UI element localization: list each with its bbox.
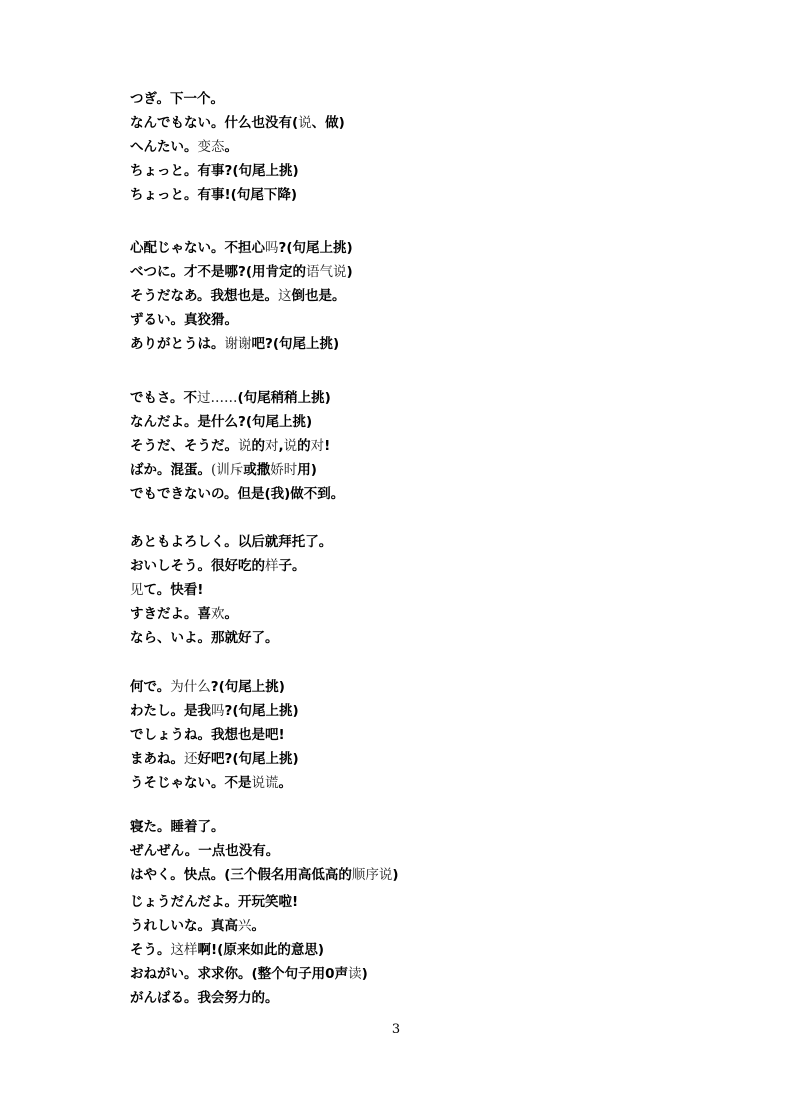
text-segment: でもさ。不 xyxy=(130,390,197,406)
text-segment: 。 xyxy=(225,606,239,622)
text-segment: ?(句尾上挑) xyxy=(211,679,285,695)
phrase-line: でもできないの。但是(我)做不到。 xyxy=(130,482,344,506)
text-segment: 谢谢 xyxy=(225,336,252,352)
phrase-line: そう。这样啊!(原来如此的意思) xyxy=(130,938,368,962)
phrase-line: おいしそう。很好吃的样子。 xyxy=(130,554,332,578)
text-segment: ずるい。真狡猾。 xyxy=(130,312,238,328)
text-segment: 的 xyxy=(252,438,266,454)
text-blocks: つぎ。下一个。なんでもない。什么也没有(说、做)へんたい。变态。ちょっと。有事?… xyxy=(0,0,792,1120)
text-segment: 对 xyxy=(265,438,279,454)
text-segment: 。 xyxy=(225,139,239,155)
text-segment: 见 xyxy=(130,582,144,598)
phrase-line: あともよろしく。以后就拜托了。 xyxy=(130,530,332,554)
phrase-line: 见て。快看! xyxy=(130,578,332,602)
text-segment: 说 xyxy=(298,115,312,131)
phrase-line: じょうだんだよ。开玩笑啦! xyxy=(130,890,368,914)
phrase-line: ちょっと。有事?(句尾上挑) xyxy=(130,159,345,183)
text-segment: 。 xyxy=(279,775,293,791)
text-segment: ?(句尾上挑) xyxy=(279,240,353,256)
text-segment: 还 xyxy=(184,751,198,767)
text-segment: 欢 xyxy=(211,606,225,622)
phrase-line: 心配じゃない。不担心吗?(句尾上挑) xyxy=(130,236,353,260)
text-segment: あともよろしく。以后就拜托了。 xyxy=(130,534,332,550)
text-segment: すきだよ。喜 xyxy=(130,606,211,622)
text-segment: 啊!(原来如此的意思) xyxy=(198,942,325,958)
text-segment: 过…… xyxy=(197,390,238,406)
text-segment: ?(句尾上挑) xyxy=(225,703,299,719)
text-segment: まあね。 xyxy=(130,751,184,767)
paragraph-block: 寝た。睡着了。ぜんぜん。一点也没有。はやく。快点。(三个假名用高低高的顺序说) xyxy=(130,815,399,887)
phrase-line: ちょっと。有事!(句尾下降) xyxy=(130,183,345,207)
text-segment: うそじゃない。不是 xyxy=(130,775,252,791)
text-segment: ありがとうは。 xyxy=(130,336,225,352)
text-segment: でしょうね。我想也是吧! xyxy=(130,727,285,743)
text-segment: ) xyxy=(392,867,398,883)
text-segment: 这样 xyxy=(171,942,198,958)
paragraph-block: 何で。为什么?(句尾上挑)わたし。是我吗?(句尾上挑)でしょうね。我想也是吧!ま… xyxy=(130,675,299,795)
text-segment: て。快看! xyxy=(144,582,204,598)
text-segment: ) xyxy=(362,966,368,982)
text-segment: 说谎 xyxy=(252,775,279,791)
text-segment: でもできないの。但是(我)做不到。 xyxy=(130,486,344,502)
paragraph-block: じょうだんだよ。开玩笑啦!うれしいな。真高兴。そう。这样啊!(原来如此的意思)お… xyxy=(130,890,368,1010)
phrase-line: でもさ。不过……(句尾稍稍上挑) xyxy=(130,386,344,410)
text-segment: 变态 xyxy=(198,139,225,155)
paragraph-block: あともよろしく。以后就拜托了。おいしそう。很好吃的样子。见て。快看!すきだよ。喜… xyxy=(130,530,332,650)
text-segment: がんばる。我会努力的。 xyxy=(130,990,279,1006)
text-segment: つぎ。下一个。 xyxy=(130,91,224,107)
text-segment: ! xyxy=(324,438,330,454)
text-segment: 、做) xyxy=(312,115,345,131)
text-segment: 吗 xyxy=(211,703,225,719)
phrase-line: へんたい。变态。 xyxy=(130,135,345,159)
text-segment: ちょっと。有事!(句尾下降) xyxy=(130,187,297,203)
text-segment: 好吧?(句尾上挑) xyxy=(198,751,299,767)
text-segment: 的 xyxy=(297,438,311,454)
document-page: つぎ。下一个。なんでもない。什么也没有(说、做)へんたい。变态。ちょっと。有事?… xyxy=(0,0,792,1120)
phrase-line: 何で。为什么?(句尾上挑) xyxy=(130,675,299,699)
text-segment: 寝た。睡着了。 xyxy=(130,819,225,835)
phrase-line: ありがとうは。谢谢吧?(句尾上挑) xyxy=(130,332,353,356)
text-segment: 语气说 xyxy=(306,264,347,280)
text-segment: 顺序说 xyxy=(352,867,393,883)
text-segment: 为什么 xyxy=(170,679,211,695)
phrase-line: おねがい。求求你。(整个句子用0声读) xyxy=(130,962,368,986)
text-segment: 兴 xyxy=(238,918,252,934)
text-segment: 倒也是。 xyxy=(291,288,345,304)
phrase-line: ぜんぜん。一点也没有。 xyxy=(130,839,399,863)
text-segment: 。 xyxy=(252,918,266,934)
page-number: 3 xyxy=(0,1021,792,1038)
text-segment: 吗 xyxy=(265,240,279,256)
text-segment: ばか。混蛋。 xyxy=(130,462,211,478)
text-segment: 娇时 xyxy=(270,462,297,478)
text-segment: そう。 xyxy=(130,942,171,958)
text-segment: おねがい。求求你。(整个句子用0声 xyxy=(130,966,348,982)
phrase-line: なんでもない。什么也没有(说、做) xyxy=(130,111,345,135)
text-segment: 样 xyxy=(265,558,279,574)
phrase-line: なら、いよ。那就好了。 xyxy=(130,626,332,650)
text-segment: (训斥 xyxy=(211,462,243,478)
text-segment: ) xyxy=(347,264,353,280)
phrase-line: ばか。混蛋。(训斥或撒娇时用) xyxy=(130,458,344,482)
phrase-line: うれしいな。真高兴。 xyxy=(130,914,368,938)
text-segment: おいしそう。很好吃的 xyxy=(130,558,265,574)
phrase-line: なんだよ。是什么?(句尾上挑) xyxy=(130,410,344,434)
text-segment: 说 xyxy=(238,438,252,454)
text-segment: はやく。快点。(三个假名用高低高的 xyxy=(130,867,352,883)
phrase-line: べつに。才不是哪?(用肯定的语气说) xyxy=(130,260,353,284)
phrase-line: わたし。是我吗?(句尾上挑) xyxy=(130,699,299,723)
text-segment: (句尾稍稍上挑) xyxy=(237,390,330,406)
text-segment: べつに。才不是哪?(用肯定的 xyxy=(130,264,306,280)
text-segment: 心配じゃない。不担心 xyxy=(130,240,265,256)
phrase-line: でしょうね。我想也是吧! xyxy=(130,723,299,747)
phrase-line: まあね。还好吧?(句尾上挑) xyxy=(130,747,299,771)
text-segment: 说 xyxy=(284,438,298,454)
text-segment: そうだ、そうだ。 xyxy=(130,438,238,454)
text-segment: ぜんぜん。一点也没有。 xyxy=(130,843,279,859)
text-segment: 或撒 xyxy=(243,462,270,478)
text-segment: ちょっと。有事?(句尾上挑) xyxy=(130,163,299,179)
text-segment: 用) xyxy=(297,462,317,478)
phrase-line: 寝た。睡着了。 xyxy=(130,815,399,839)
text-segment: そうだなあ。我想也是。 xyxy=(130,288,278,304)
text-segment: 读 xyxy=(348,966,362,982)
text-segment: 对 xyxy=(311,438,325,454)
text-segment: なんだよ。是什么?(句尾上挑) xyxy=(130,414,312,430)
phrase-line: がんばる。我会努力的。 xyxy=(130,986,368,1010)
text-segment: 吧?(句尾上挑) xyxy=(252,336,340,352)
phrase-line: すきだよ。喜欢。 xyxy=(130,602,332,626)
text-segment: なら、いよ。那就好了。 xyxy=(130,630,279,646)
text-segment: なんでもない。什么也没有( xyxy=(130,115,298,131)
paragraph-block: つぎ。下一个。なんでもない。什么也没有(说、做)へんたい。变态。ちょっと。有事?… xyxy=(130,87,345,207)
paragraph-block: 心配じゃない。不担心吗?(句尾上挑)べつに。才不是哪?(用肯定的语气说)そうだな… xyxy=(130,236,353,356)
text-segment: わたし。是我 xyxy=(130,703,211,719)
text-segment: へんたい。 xyxy=(130,139,198,155)
text-segment: 子。 xyxy=(279,558,306,574)
text-segment: 何で。 xyxy=(130,679,170,695)
text-segment: うれしいな。真高 xyxy=(130,918,238,934)
phrase-line: つぎ。下一个。 xyxy=(130,87,345,111)
text-segment: じょうだんだよ。开玩笑啦! xyxy=(130,894,298,910)
text-segment: 这 xyxy=(278,288,292,304)
paragraph-block: でもさ。不过……(句尾稍稍上挑)なんだよ。是什么?(句尾上挑)そうだ、そうだ。说… xyxy=(130,386,344,506)
phrase-line: はやく。快点。(三个假名用高低高的顺序说) xyxy=(130,863,399,887)
phrase-line: そうだ、そうだ。说的对,说的对! xyxy=(130,434,344,458)
phrase-line: そうだなあ。我想也是。这倒也是。 xyxy=(130,284,353,308)
phrase-line: ずるい。真狡猾。 xyxy=(130,308,353,332)
phrase-line: うそじゃない。不是说谎。 xyxy=(130,771,299,795)
